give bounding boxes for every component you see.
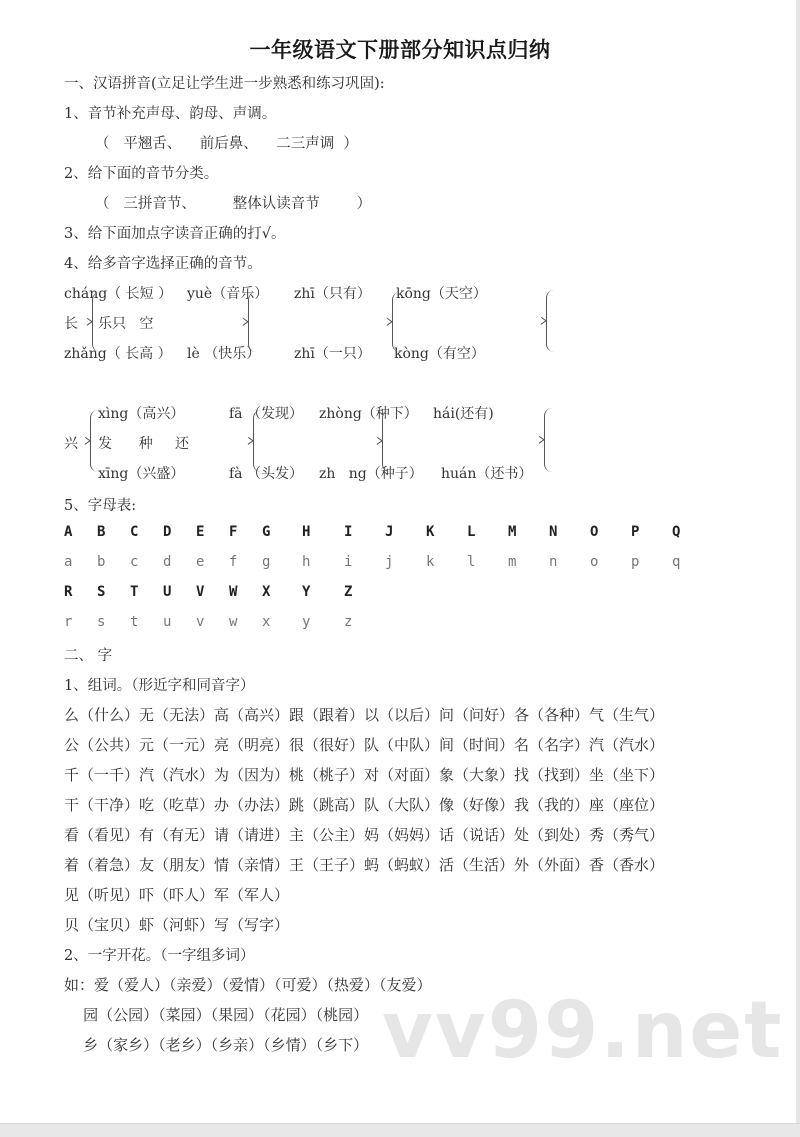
letter: k <box>426 554 434 570</box>
pinyin-bottom-4: huán（还书） <box>441 463 532 483</box>
letter: n <box>549 554 557 570</box>
pinyin-bottom-3: zhī（一只） <box>294 343 371 363</box>
letter: c <box>130 554 138 570</box>
brace-icon <box>253 410 264 472</box>
polyphone-middle-chars: 乐只 空 <box>98 313 153 333</box>
letter: w <box>229 614 237 630</box>
pinyin-top-2: fā （发现） <box>229 403 303 423</box>
letter: P <box>631 524 639 540</box>
section-1-item-1: 1、音节补充声母、韵母、声调。 <box>64 102 276 123</box>
letter: L <box>467 524 475 540</box>
letter: G <box>262 524 270 540</box>
letter: Y <box>302 584 310 600</box>
letter: z <box>344 614 352 630</box>
pinyin-bottom-2: fà （头发） <box>229 463 303 483</box>
letter: b <box>97 554 105 570</box>
brace-icon <box>392 292 403 352</box>
section-1-item-1-hint: （ 平翘舌、 前后鼻、 二三声调 ） <box>95 132 358 153</box>
brace-icon <box>92 292 103 352</box>
word-row: 见（听见）吓（吓人）军（军人） <box>64 884 289 905</box>
section-2-item-2: 2、一字开花。（一字组多词） <box>64 944 254 965</box>
word-row: 千（一千）汽（汽水）为（因为）桃（桃子）对（对面）象（大象）找（找到）坐（坐下） <box>64 764 664 785</box>
letter: U <box>163 584 171 600</box>
letter: S <box>97 584 105 600</box>
letter: F <box>229 524 237 540</box>
letter: X <box>262 584 270 600</box>
brace-icon <box>248 292 259 352</box>
pinyin-top-3: zhòng（种下） <box>319 403 418 423</box>
pinyin-top-4: kōng（天空） <box>396 283 487 303</box>
letter: J <box>385 524 393 540</box>
letter: f <box>229 554 237 570</box>
letter: p <box>631 554 639 570</box>
letter: u <box>163 614 171 630</box>
brace-icon <box>546 290 557 352</box>
word-row: 公（公共）元（一元）亮（明亮）很（很好）队（中队）间（时间）名（名字）汽（汽水） <box>64 734 664 755</box>
letter: O <box>590 524 598 540</box>
letter: D <box>163 524 171 540</box>
watermark: vv99.net <box>382 986 784 1076</box>
letter: q <box>672 554 680 570</box>
word-row: 着（着急）友（朋友）情（亲情）王（王子）蚂（蚂蚁）活（生活）外（外面）香（香水） <box>64 854 664 875</box>
letter: C <box>130 524 138 540</box>
word-row: 贝（宝贝）虾（河虾）写（写字） <box>64 914 289 935</box>
flower-row: 园（公园）（菜园）（果园）（花园）（桃园） <box>64 1004 368 1025</box>
page-bottom-band <box>0 1123 800 1137</box>
pinyin-top-4: hái(还有) <box>433 403 494 423</box>
section-1-item-2: 2、给下面的音节分类。 <box>64 162 218 183</box>
letter: l <box>467 554 475 570</box>
letter: W <box>229 584 237 600</box>
polyphone-char: 兴 <box>64 433 78 453</box>
letter: V <box>196 584 204 600</box>
page-title: 一年级语文下册部分知识点归纳 <box>0 34 800 64</box>
polyphone-middle-chars: 发 种 还 <box>98 433 189 453</box>
pinyin-top-1: cháng（ 长短 ） <box>64 283 172 303</box>
section-1-item-4: 4、给多音字选择正确的音节。 <box>64 252 262 273</box>
letter: M <box>508 524 516 540</box>
brace-icon <box>90 410 101 472</box>
brace-icon <box>544 408 555 472</box>
letter: v <box>196 614 204 630</box>
letter: E <box>196 524 204 540</box>
pinyin-bottom-1: zhǎng（ 长高 ） <box>64 343 172 363</box>
letter: Z <box>344 584 352 600</box>
letter: R <box>64 584 72 600</box>
letter: K <box>426 524 434 540</box>
letter: r <box>64 614 72 630</box>
letter: y <box>302 614 310 630</box>
letter: j <box>385 554 393 570</box>
pinyin-bottom-3: zh ng（种子） <box>319 463 423 483</box>
word-row: 干（干净）吃（吃草）办（办法）跳（跳高）队（大队）像（好像）我（我的）座（座位） <box>64 794 664 815</box>
section-2-item-1: 1、组词。（形近字和同音字） <box>64 674 254 695</box>
letter: T <box>130 584 138 600</box>
letter: I <box>344 524 352 540</box>
letter: A <box>64 524 72 540</box>
polyphone-char: 长 <box>64 313 78 333</box>
letter: m <box>508 554 516 570</box>
letter: e <box>196 554 204 570</box>
section-2-heading: 二、 字 <box>64 644 112 665</box>
letter: s <box>97 614 105 630</box>
pinyin-top-1: xìng（高兴） <box>98 403 184 423</box>
letter: a <box>64 554 72 570</box>
section-1-item-5: 5、字母表: <box>64 494 136 515</box>
letter: d <box>163 554 171 570</box>
section-1-item-2-hint: （ 三拼音节、 整体认读音节 ） <box>95 192 371 213</box>
letter: h <box>302 554 310 570</box>
pinyin-top-3: zhī（只有） <box>294 283 371 303</box>
letter: H <box>302 524 310 540</box>
pinyin-bottom-4: kòng（有空） <box>394 343 485 363</box>
section-1-heading: 一、汉语拼音(立足让学生进一步熟悉和练习巩固): <box>64 72 385 93</box>
document-page: 一年级语文下册部分知识点归纳 一、汉语拼音(立足让学生进一步熟悉和练习巩固): … <box>0 0 796 1123</box>
letter: x <box>262 614 270 630</box>
letter: Q <box>672 524 680 540</box>
letter: B <box>97 524 105 540</box>
flower-row: 乡（家乡）（老乡）（乡亲）（乡情）（乡下） <box>64 1034 368 1055</box>
word-row: 么（什么）无（无法）高（高兴）跟（跟着）以（以后）问（问好）各（各种）气（生气） <box>64 704 664 725</box>
brace-icon <box>382 410 393 472</box>
letter: g <box>262 554 270 570</box>
word-row: 看（看见）有（有无）请（请进）主（公主）妈（妈妈）话（说话）处（到处）秀（秀气） <box>64 824 664 845</box>
pinyin-bottom-1: xīng（兴盛） <box>98 463 184 483</box>
letter: o <box>590 554 598 570</box>
letter: N <box>549 524 557 540</box>
letter: t <box>130 614 138 630</box>
letter: i <box>344 554 352 570</box>
section-1-item-3: 3、给下面加点字读音正确的打√。 <box>64 222 285 243</box>
flower-row: 如：爱（爱人）（亲爱）（爱情）（可爱）（热爱）（友爱） <box>64 974 432 995</box>
page-edge <box>796 0 800 1123</box>
